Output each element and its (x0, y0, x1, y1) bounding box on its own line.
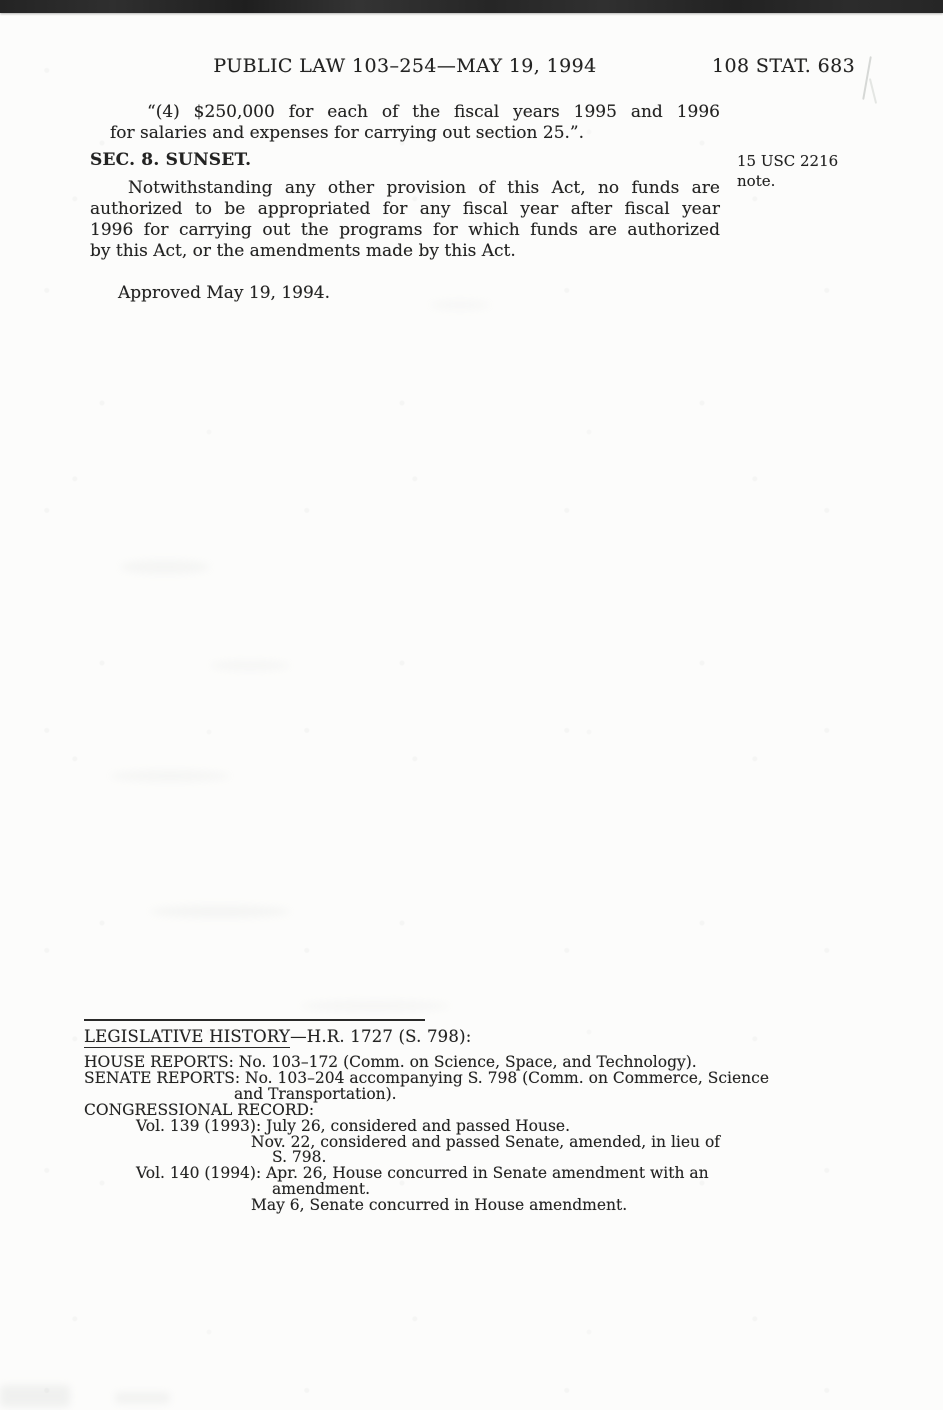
page-header-law-title: PUBLIC LAW 103–254—MAY 19, 1994 (90, 55, 720, 77)
usc-citation-note: note. (737, 171, 849, 191)
corner-scan-mark (115, 1392, 170, 1404)
record-vol140-line-1: Vol. 140 (1994): Apr. 26, House concurre… (84, 1166, 824, 1182)
bleedthrough-smudge (210, 660, 290, 671)
clause-line-2: for salaries and expenses for carrying o… (110, 123, 720, 144)
legislative-history-block: LEGISLATIVE HISTORY—H.R. 1727 (S. 798): … (84, 1019, 824, 1214)
usc-citation: 15 USC 2216 (737, 151, 849, 171)
sunset-line-3: 1996 for carrying out the programs for w… (90, 220, 720, 241)
sunset-line-1: Notwithstanding any other provision of t… (90, 178, 720, 199)
bleedthrough-smudge (150, 905, 290, 918)
page-header-stat-number: 108 STAT. 683 (712, 55, 872, 77)
section-8-heading: SEC. 8. SUNSET. (90, 150, 251, 170)
legislative-history-title: LEGISLATIVE HISTORY—H.R. 1727 (S. 798): (84, 1027, 824, 1046)
legislative-history-rule (84, 1019, 425, 1021)
legislative-history-title-rest: —H.R. 1727 (S. 798): (290, 1027, 471, 1046)
corner-scan-mark (0, 1385, 70, 1407)
bleedthrough-smudge (120, 560, 210, 574)
record-vol140-line-3: May 6, Senate concurred in House amendme… (84, 1198, 824, 1214)
scan-edge-strip (0, 0, 943, 13)
usc-margin-note: 15 USC 2216 note. (737, 151, 849, 191)
clause-line-1: “(4) $250,000 for each of the fiscal yea… (110, 102, 720, 123)
legislative-history-title-underlined: LEGISLATIVE HISTORY (84, 1027, 290, 1048)
scanned-statute-page: PUBLIC LAW 103–254—MAY 19, 1994 108 STAT… (0, 0, 943, 1410)
bleedthrough-smudge (110, 770, 230, 782)
approval-date-line: Approved May 19, 1994. (118, 283, 330, 303)
scan-curve-artifact-2 (869, 78, 877, 104)
record-vol139-line-2: Nov. 22, considered and passed Senate, a… (84, 1135, 824, 1151)
senate-reports-line-1: SENATE REPORTS: No. 103–204 accompanying… (84, 1071, 824, 1087)
sunset-line-2: authorized to be appropriated for any fi… (90, 199, 720, 220)
bleedthrough-smudge (430, 300, 490, 310)
sunset-paragraph: Notwithstanding any other provision of t… (90, 178, 720, 262)
sunset-line-4: by this Act, or the amendments made by t… (90, 241, 720, 262)
quoted-appropriation-clause: “(4) $250,000 for each of the fiscal yea… (110, 102, 720, 144)
bleedthrough-smudge (300, 1000, 450, 1012)
